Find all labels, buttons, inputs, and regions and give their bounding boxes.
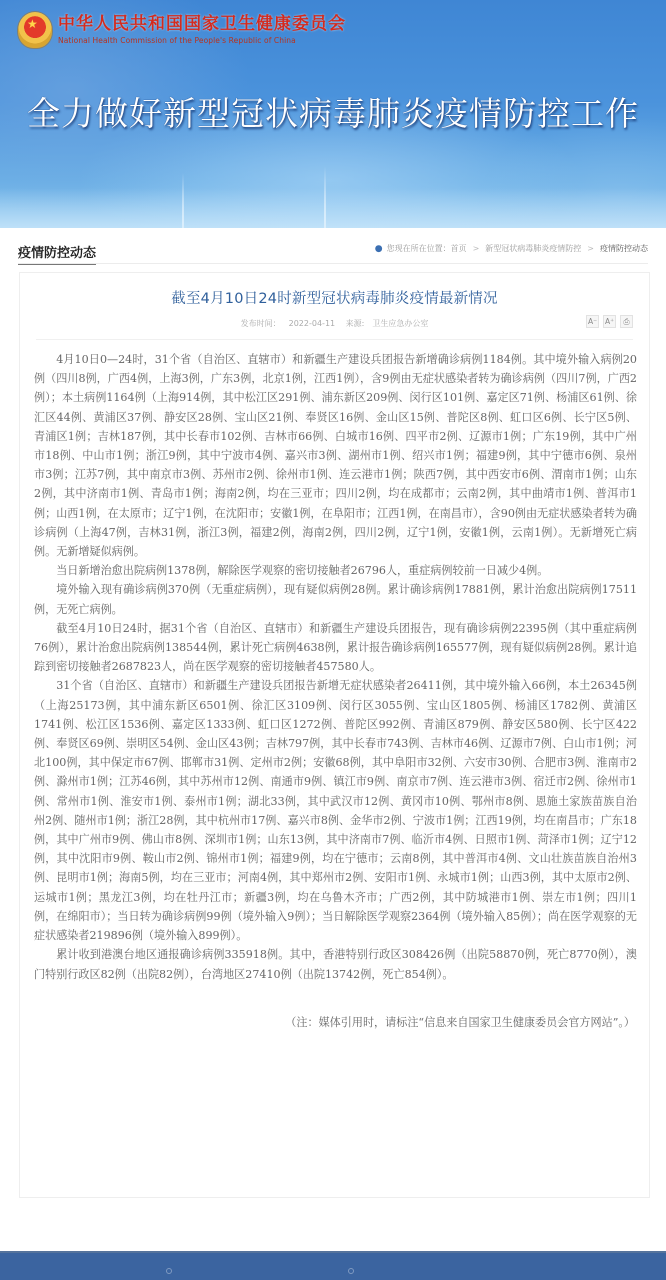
breadcrumb-prefix: 您现在所在位置： <box>387 243 451 254</box>
font-decrease-icon: A⁻ <box>588 318 597 326</box>
org-name-cn: 中华人民共和国国家卫生健康委员会 <box>58 14 346 34</box>
article-card: 截至4月10日24时新型冠状病毒肺炎疫情最新情况 发布时间：2022-04-11… <box>19 272 650 1198</box>
paragraph-recoveries: 当日新增治愈出院病例1378例，解除医学观察的密切接触者26796人，重症病例较… <box>34 561 637 580</box>
meta-divider <box>36 339 633 340</box>
printer-icon: ⎙ <box>624 318 630 326</box>
font-increase-button[interactable]: A⁺ <box>603 315 616 328</box>
section-title: 疫情防控动态 <box>18 242 96 265</box>
banner-haze <box>0 188 666 228</box>
breadcrumb-item-current[interactable]: 疫情防控动态 <box>600 243 648 254</box>
publish-date: 2022-04-11 <box>289 319 336 328</box>
org-name-en: National Health Commission of the People… <box>58 36 346 46</box>
section-header: 疫情防控动态 ● 您现在所在位置： 首页 > 新型冠状病毒肺炎疫情防控 > 疫情… <box>18 238 648 264</box>
print-button[interactable]: ⎙ <box>620 315 633 328</box>
breadcrumb-item-home[interactable]: 首页 <box>451 243 467 254</box>
publish-info: 发布时间：2022-04-11 <box>241 319 336 328</box>
site-footer <box>0 1251 666 1280</box>
article-body: 4月10日0—24时，31个省（自治区、直辖市）和新疆生产建设兵团报告新增确诊病… <box>34 350 637 1032</box>
article-meta: 发布时间：2022-04-11 来源:卫生应急办公室 <box>20 318 649 329</box>
source-info: 来源:卫生应急办公室 <box>346 319 429 328</box>
national-emblem-icon <box>18 12 52 48</box>
paragraph-new-cases: 4月10日0—24时，31个省（自治区、直辖市）和新疆生产建设兵团报告新增确诊病… <box>34 350 637 561</box>
location-pin-icon: ● <box>375 244 383 254</box>
breadcrumb: ● 您现在所在位置： 首页 > 新型冠状病毒肺炎疫情防控 > 疫情防控动态 <box>375 243 648 254</box>
chevron-right-icon: > <box>473 244 480 253</box>
paragraph-imported: 境外输入现有确诊病例370例（无重症病例），现有疑似病例28例。累计确诊病例17… <box>34 580 637 618</box>
paragraph-hk-macao-taiwan: 累计收到港澳台地区通报确诊病例335918例。其中，香港特别行政区308426例… <box>34 945 637 983</box>
publish-label: 发布时间： <box>241 319 281 328</box>
banner-slogan: 全力做好新型冠状病毒肺炎疫情防控工作 <box>0 88 666 135</box>
source-name: 卫生应急办公室 <box>372 319 428 328</box>
chevron-right-icon: > <box>587 244 594 253</box>
footer-icon[interactable] <box>166 1268 172 1274</box>
article-tools: A⁻ A⁺ ⎙ <box>586 315 633 328</box>
paragraph-cumulative: 截至4月10日24时，据31个省（自治区、直辖市）和新疆生产建设兵团报告，现有确… <box>34 619 637 677</box>
font-decrease-button[interactable]: A⁻ <box>586 315 599 328</box>
footer-icon[interactable] <box>348 1268 354 1274</box>
breadcrumb-item-covid[interactable]: 新型冠状病毒肺炎疫情防控 <box>485 243 581 254</box>
logo-text: 中华人民共和国国家卫生健康委员会 National Health Commiss… <box>58 14 346 46</box>
source-label: 来源: <box>346 319 365 328</box>
site-banner: 中华人民共和国国家卫生健康委员会 National Health Commiss… <box>0 0 666 228</box>
media-citation-note: （注：媒体引用时，请标注“信息来自国家卫生健康委员会官方网站”。） <box>34 1013 637 1032</box>
site-logo[interactable]: 中华人民共和国国家卫生健康委员会 National Health Commiss… <box>18 12 346 48</box>
article-title: 截至4月10日24时新型冠状病毒肺炎疫情最新情况 <box>20 287 649 308</box>
font-increase-icon: A⁺ <box>605 318 614 326</box>
paragraph-asymptomatic: 31个省（自治区、直辖市）和新疆生产建设兵团报告新增无症状感染者26411例，其… <box>34 676 637 945</box>
